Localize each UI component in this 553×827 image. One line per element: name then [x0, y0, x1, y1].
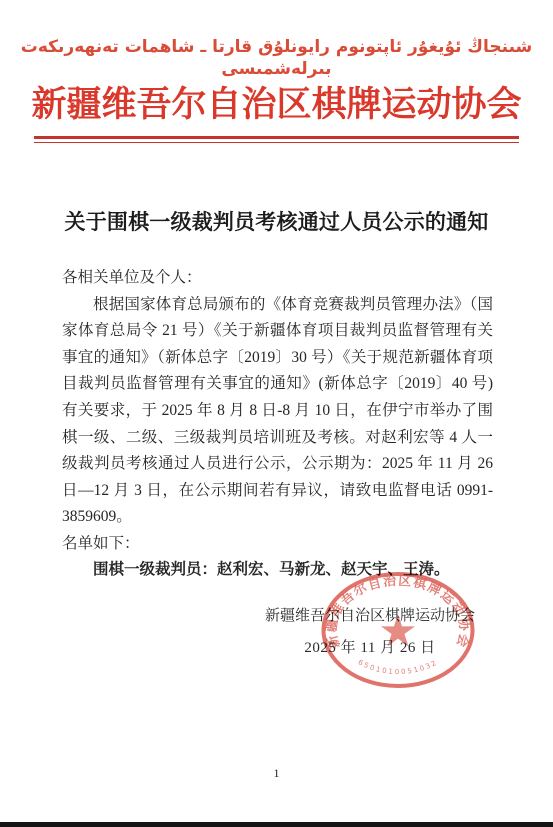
list-intro: 名单如下：	[62, 531, 493, 558]
notice-body-paragraph: 根据国家体育总局颁布的《体育竞赛裁判员管理办法》（国家体育总局令 21 号）《关…	[62, 292, 493, 531]
letterhead: شىنجاڭ ئۇيغۇر ئاپتونوم رايونلۇق قارتا ـ …	[0, 0, 553, 143]
notice-page: شىنجاڭ ئۇيغۇر ئاپتونوم رايونلۇق قارتا ـ …	[0, 0, 553, 827]
page-number: 1	[0, 766, 553, 781]
notice-body: 各相关单位及个人： 根据国家体育总局颁布的《体育竞赛裁判员管理办法》（国家体育总…	[62, 265, 493, 584]
official-seal: 新疆维吾尔自治区棋牌运动协会 ★ 6501010051032	[319, 570, 477, 690]
letterhead-uyghur-title: شىنجاڭ ئۇيغۇر ئاپتونوم رايونلۇق قارتا ـ …	[0, 36, 553, 80]
scan-edge-artifact	[0, 822, 553, 827]
letterhead-org-name: 新疆维吾尔自治区棋牌运动协会	[0, 83, 553, 127]
notice-title: 关于围棋一级裁判员考核通过人员公示的通知	[0, 206, 553, 236]
salutation: 各相关单位及个人：	[62, 265, 493, 292]
seal-star-icon: ★	[378, 606, 417, 657]
seal-code: 6501010051032	[357, 658, 440, 676]
letterhead-divider	[34, 136, 519, 143]
